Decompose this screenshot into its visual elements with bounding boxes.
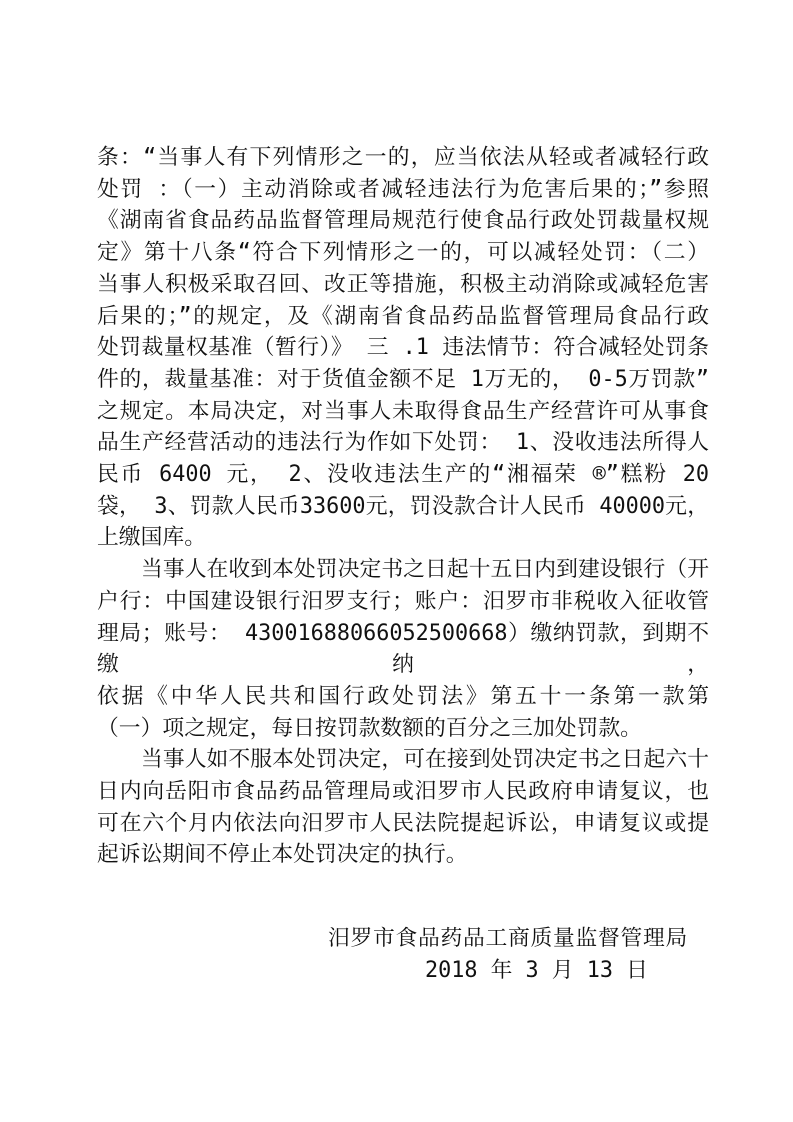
- paragraph-payment-instructions: 当事人在收到本处罚决定书之日起十五日内到建设银行（开 户行：中国建设银行汨罗支行…: [97, 554, 709, 744]
- issuing-authority: 汨罗市食品药品工商质量监督管理局: [97, 923, 709, 955]
- document-line: 依据《中华人民共和国行政处罚法》第五十一条第一款第: [97, 681, 709, 713]
- document-line: 理局；账号： 43001688066052500668）缴纳罚款，到期不缴纳，: [97, 618, 709, 681]
- document-line: 民币 6400 元， 2、没收违法生产的“湘福荣 ®”糕粉 20: [97, 459, 709, 491]
- document-line: （一）项之规定，每日按罚款数额的百分之三加处罚款。: [97, 713, 709, 745]
- document-line: 后果的；”的规定，及《湖南省食品药品监督管理局食品行政: [97, 301, 709, 333]
- document-line: 户行：中国建设银行汨罗支行；账户：汨罗市非税收入征收管: [97, 586, 709, 618]
- document-line: 日内向岳阳市食品药品管理局或汨罗市人民政府申请复议，也: [97, 776, 709, 808]
- document-line: 当事人如不服本处罚决定，可在接到处罚决定书之日起六十: [97, 744, 709, 776]
- document-line: 处罚 ：（一）主动消除或者减轻违法行为危害后果的；”参照: [97, 174, 709, 206]
- signature-block: 汨罗市食品药品工商质量监督管理局 2018 年 3 月 13 日: [97, 923, 709, 986]
- document-line: 条：“当事人有下列情形之一的，应当依法从轻或者减轻行政: [97, 142, 709, 174]
- document-line: 可在六个月内依法向汨罗市人民法院提起诉讼，申请复议或提: [97, 808, 709, 840]
- document-line: 当事人积极采取召回、改正等措施，积极主动消除或减轻危害: [97, 269, 709, 301]
- paragraph-legal-basis-and-penalty: 条：“当事人有下列情形之一的，应当依法从轻或者减轻行政 处罚 ：（一）主动消除或…: [97, 142, 709, 554]
- document-line: 当事人在收到本处罚决定书之日起十五日内到建设银行（开: [97, 554, 709, 586]
- document-page: 条：“当事人有下列情形之一的，应当依法从轻或者减轻行政 处罚 ：（一）主动消除或…: [0, 0, 793, 1122]
- document-line: 处罚裁量权基准（暂行）》 三 .1 违法情节：符合减轻处罚条: [97, 332, 709, 364]
- document-line: 《湖南省食品药品监督管理局规范行使食品行政处罚裁量权规: [97, 205, 709, 237]
- document-line: 件的，裁量基准：对于货值金额不足 1万无的， 0-5万罚款”: [97, 364, 709, 396]
- issue-date: 2018 年 3 月 13 日: [97, 955, 709, 987]
- document-line: 之规定。本局决定，对当事人未取得食品生产经营许可从事食: [97, 396, 709, 428]
- document-body: 条：“当事人有下列情形之一的，应当依法从轻或者减轻行政 处罚 ：（一）主动消除或…: [97, 142, 709, 987]
- document-line: 袋， 3、罚款人民币33600元，罚没款合计人民币 40000元，: [97, 491, 709, 523]
- document-line: 起诉讼期间不停止本处罚决定的执行。: [97, 839, 709, 871]
- paragraph-appeal-rights: 当事人如不服本处罚决定，可在接到处罚决定书之日起六十 日内向岳阳市食品药品管理局…: [97, 744, 709, 871]
- document-line: 定》第十八条“符合下列情形之一的，可以减轻处罚：（二）: [97, 237, 709, 269]
- document-line: 上缴国库。: [97, 522, 709, 554]
- document-line: 品生产经营活动的违法行为作如下处罚： 1、没收违法所得人: [97, 427, 709, 459]
